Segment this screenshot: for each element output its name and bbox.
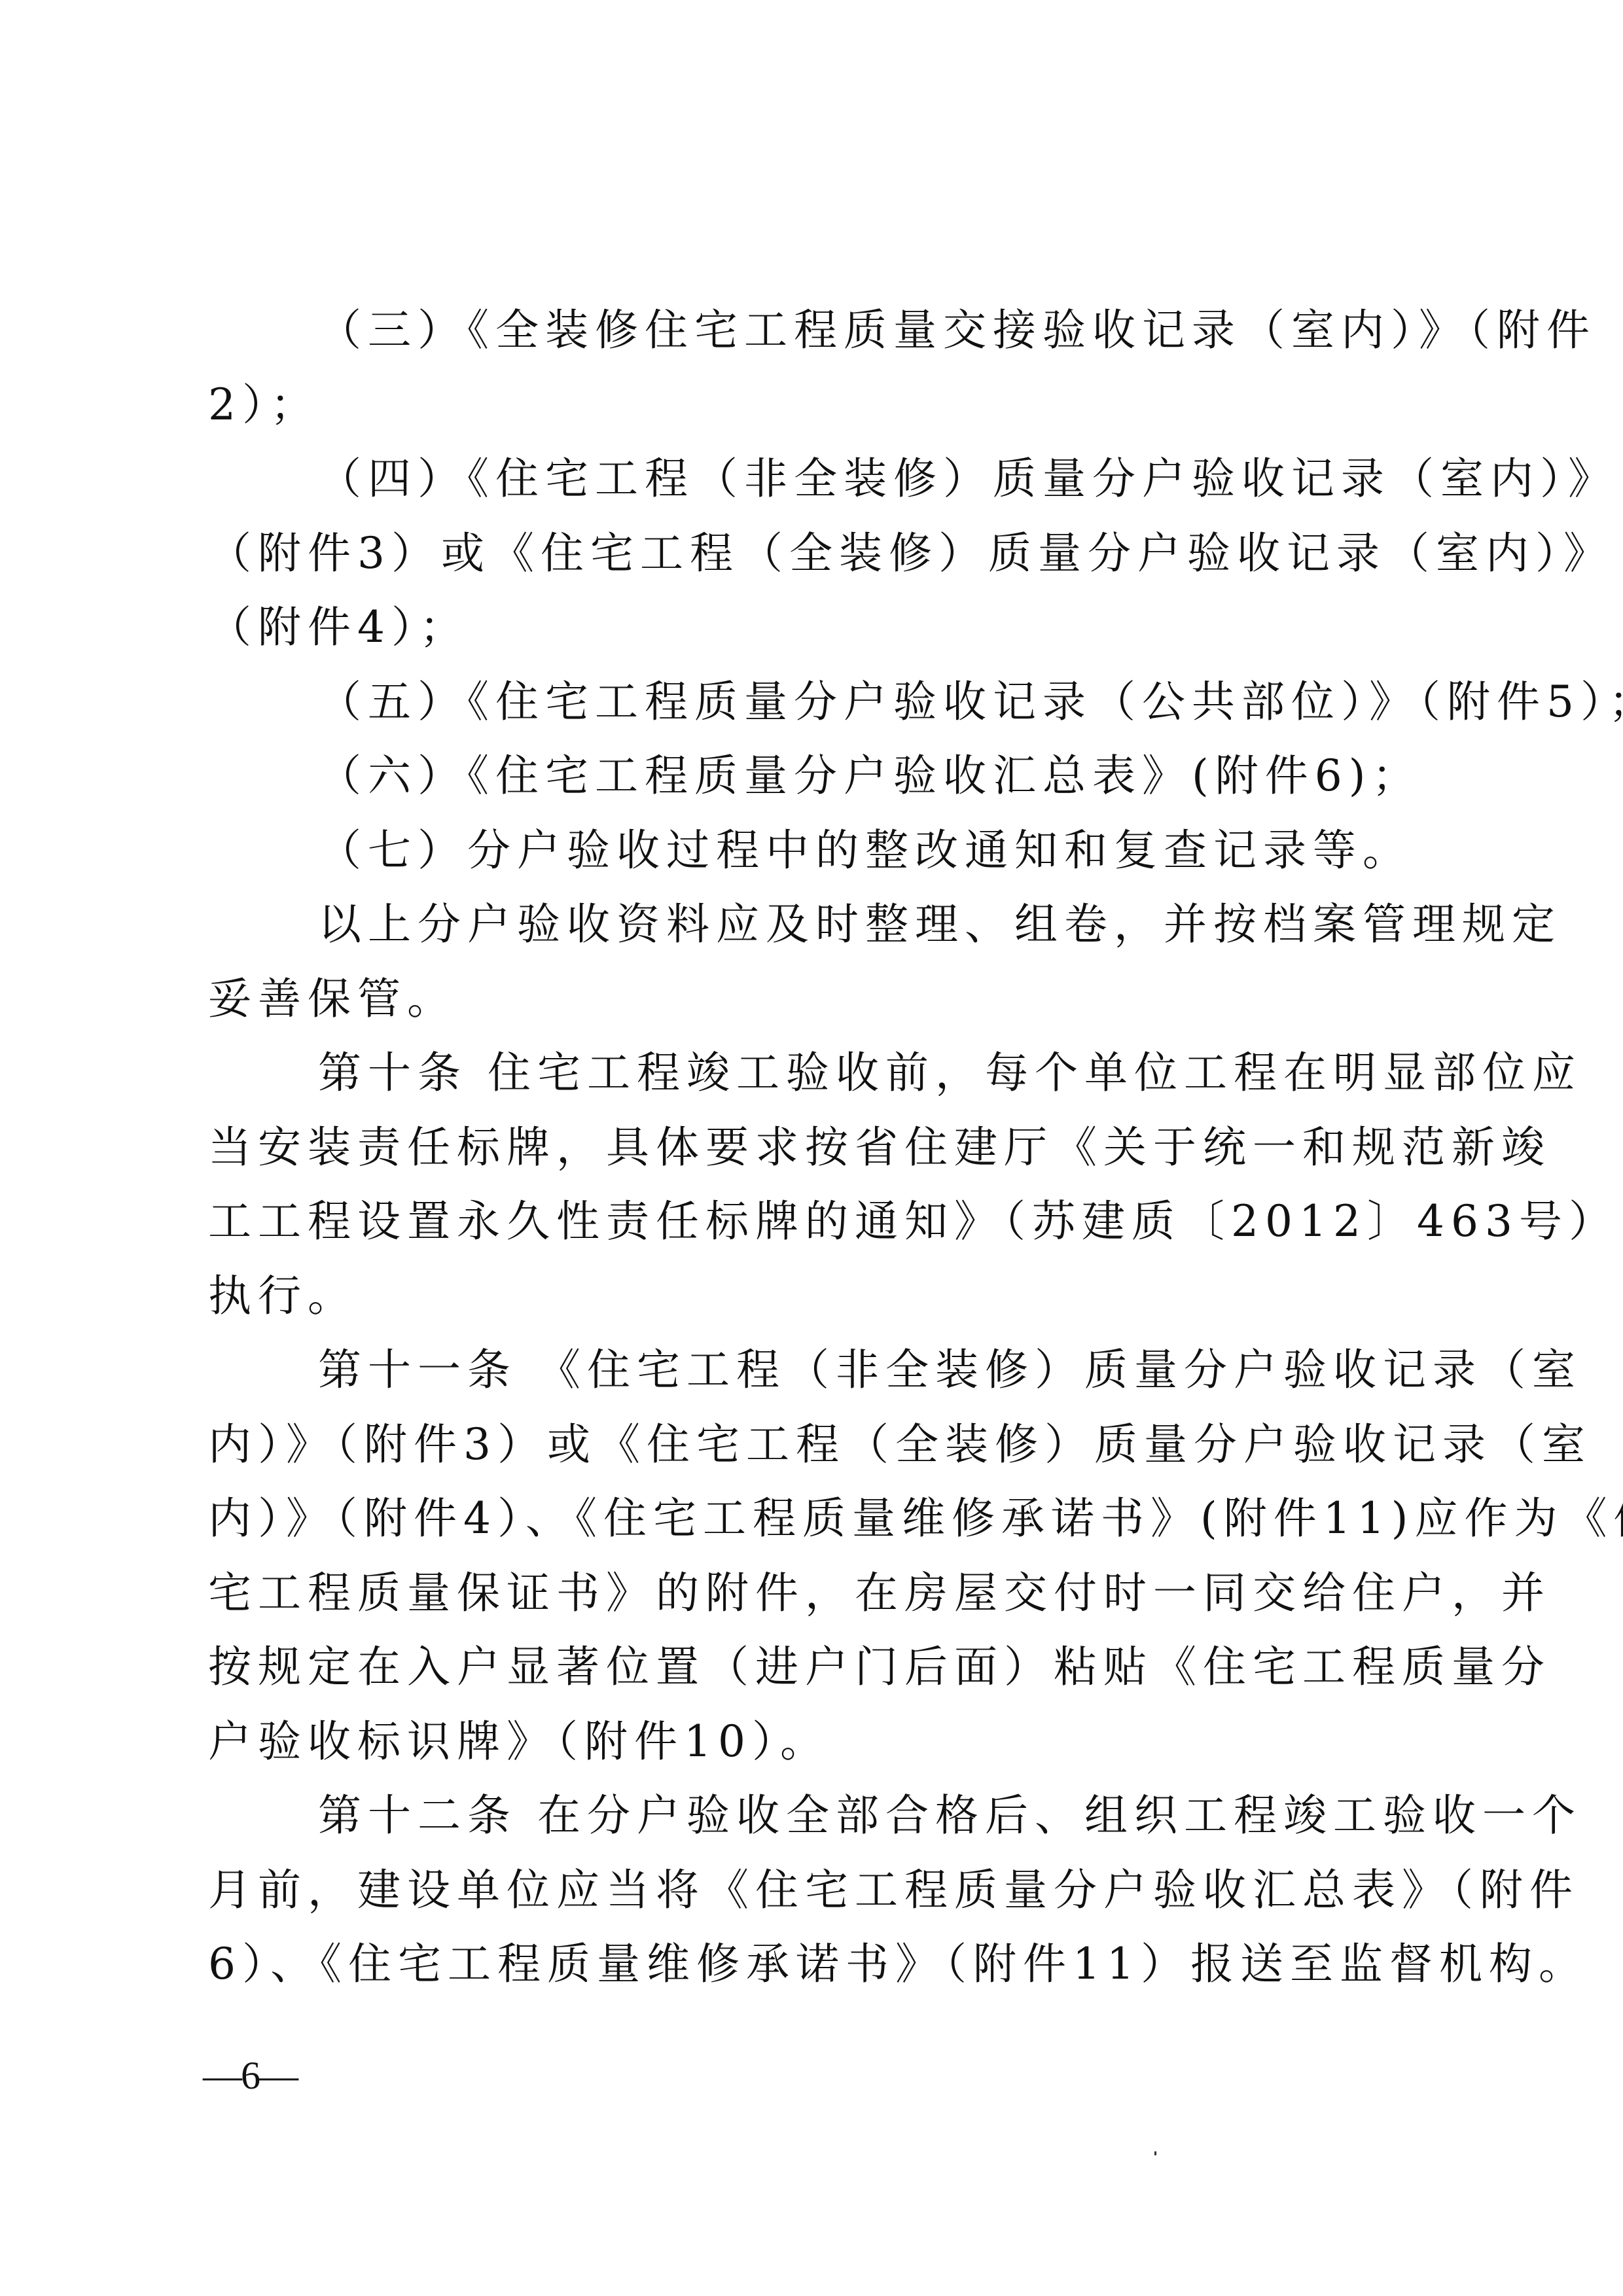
article-12-line-3: 6）、《住宅工程质量维修承诺书》（附件11）报送至监督机构。 bbox=[208, 1927, 1406, 2002]
item-7-line-1: （七）分户验收过程中的整改通知和复查记录等。 bbox=[208, 813, 1406, 888]
article-11-line-3: 内）》（附件4）、《住宅工程质量维修承诺书》(附件11)应作为《住 bbox=[208, 1481, 1406, 1556]
article-11-line-4: 宅工程质量保证书》的附件，在房屋交付时一同交给住户，并 bbox=[208, 1556, 1406, 1631]
scan-speck bbox=[1154, 2151, 1156, 2155]
article-11-line-2: 内）》（附件3）或《住宅工程（全装修）质量分户验收记录（室 bbox=[208, 1407, 1406, 1482]
item-4-line-3: （附件4）； bbox=[208, 590, 1406, 665]
article-10-line-2: 当安装责任标牌，具体要求按省住建厅《关于统一和规范新竣 bbox=[208, 1110, 1406, 1185]
page-number: —6— bbox=[203, 2049, 297, 2102]
article-10-line-3: 工工程设置永久性责任标牌的通知》（苏建质〔2012〕463号） bbox=[208, 1184, 1406, 1259]
item-3-line-1: （三）《全装修住宅工程质量交接验收记录（室内）》（附件 bbox=[208, 293, 1406, 368]
article-12-line-2: 月前，建设单位应当将《住宅工程质量分户验收汇总表》（附件 bbox=[208, 1853, 1406, 1928]
article-11-line-1: 第十一条 《住宅工程（非全装修）质量分户验收记录（室 bbox=[208, 1333, 1406, 1407]
article-11-line-6: 户验收标识牌》（附件10）。 bbox=[208, 1704, 1406, 1779]
document-body: （三）《全装修住宅工程质量交接验收记录（室内）》（附件 2）； （四）《住宅工程… bbox=[208, 293, 1406, 2002]
article-12-line-1: 第十二条 在分户验收全部合格后、组织工程竣工验收一个 bbox=[208, 1778, 1406, 1853]
article-10-line-1: 第十条 住宅工程竣工验收前，每个单位工程在明显部位应 bbox=[208, 1036, 1406, 1110]
item-6-line-1: （六）《住宅工程质量分户验收汇总表》(附件6)； bbox=[208, 739, 1406, 813]
document-page: （三）《全装修住宅工程质量交接验收记录（室内）》（附件 2）； （四）《住宅工程… bbox=[0, 0, 1623, 2296]
item-4-line-1: （四）《住宅工程（非全装修）质量分户验收记录（室内）》 bbox=[208, 442, 1406, 516]
archive-note-line-2: 妥善保管。 bbox=[208, 962, 1406, 1036]
article-10-line-4: 执行。 bbox=[208, 1259, 1406, 1333]
item-3-line-2: 2）； bbox=[208, 368, 1406, 442]
item-5-line-1: （五）《住宅工程质量分户验收记录（公共部位）》（附件5）； bbox=[208, 665, 1406, 739]
archive-note-line-1: 以上分户验收资料应及时整理、组卷，并按档案管理规定 bbox=[208, 887, 1406, 962]
article-11-line-5: 按规定在入户显著位置（进户门后面）粘贴《住宅工程质量分 bbox=[208, 1630, 1406, 1704]
item-4-line-2: （附件3）或《住宅工程（全装修）质量分户验收记录（室内）》 bbox=[208, 516, 1406, 591]
